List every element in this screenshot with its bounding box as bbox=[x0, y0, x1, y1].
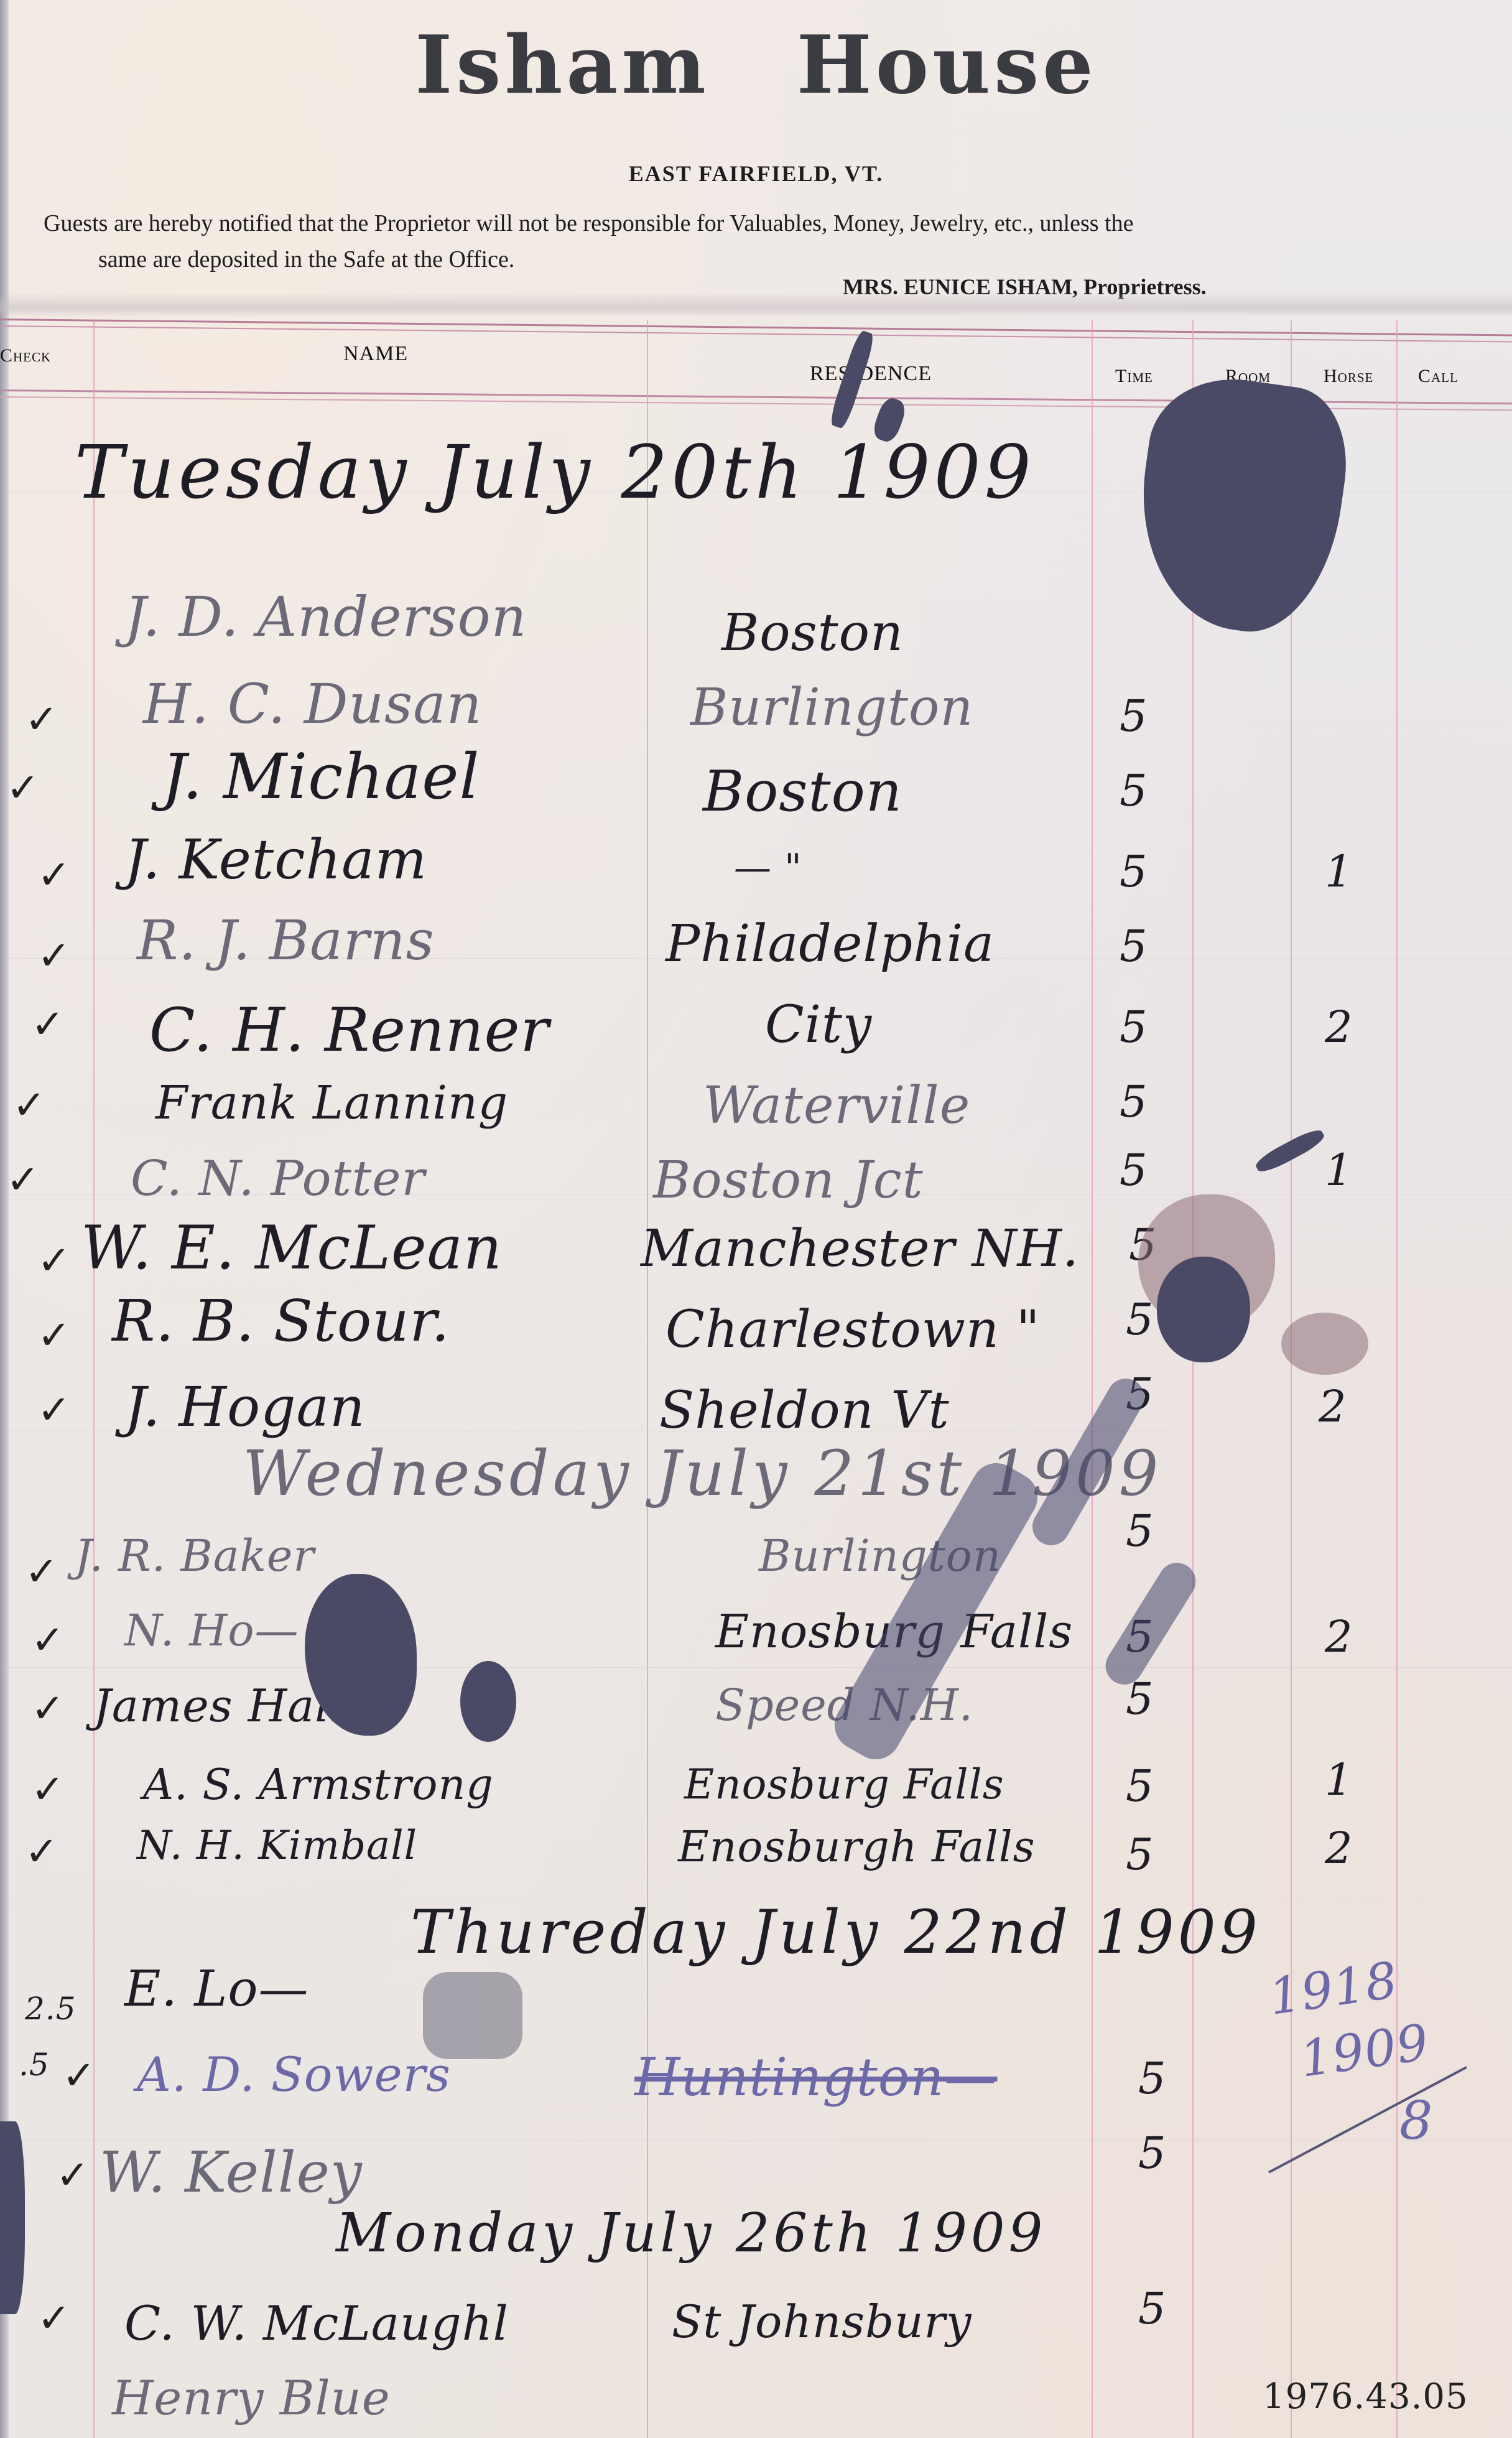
column-divider-name bbox=[647, 320, 648, 2438]
arrival-time: 5 bbox=[1120, 691, 1148, 742]
check-mark: ✓ bbox=[31, 1617, 65, 1663]
guest-residence: Waterville bbox=[703, 1076, 970, 1135]
column-divider-check bbox=[93, 320, 95, 2438]
liability-notice: Guests are hereby notified that the Prop… bbox=[44, 205, 1431, 277]
arrival-time: 5 bbox=[1120, 1145, 1148, 1196]
ink-blot-dark bbox=[460, 1661, 516, 1742]
ink-blot-medium bbox=[1157, 1257, 1250, 1362]
guest-name: Henry Blue bbox=[112, 2370, 391, 2426]
calculation-subtrahend: 1909 bbox=[1297, 2013, 1433, 2088]
guest-name: N. H. Kimball bbox=[137, 1823, 417, 1869]
column-header-time: Time bbox=[1115, 366, 1153, 387]
guest-name: C. N. Potter bbox=[131, 1151, 425, 1207]
arrival-time: 5 bbox=[1138, 2128, 1167, 2179]
arrival-time: 5 bbox=[1120, 1076, 1148, 1127]
arrival-time: 5 bbox=[1120, 765, 1148, 816]
guest-name: H. C. Dusan bbox=[143, 672, 482, 736]
guest-name: E. Lo— bbox=[124, 1960, 309, 2017]
guest-name: J. Hogan bbox=[124, 1375, 366, 1439]
check-mark: ✓ bbox=[31, 1767, 65, 1813]
guest-residence: Sheldon Vt bbox=[659, 1381, 950, 1440]
horse-count: 1 bbox=[1325, 846, 1353, 897]
column-divider-horse bbox=[1396, 320, 1398, 2438]
hotel-location: EAST FAIRFIELD, VT. bbox=[0, 161, 1512, 187]
column-header-residence: RESIDENCE bbox=[810, 362, 932, 386]
guest-name: N. Ho— bbox=[124, 1605, 299, 1656]
check-mark: ✓ bbox=[31, 1686, 65, 1732]
column-header-name: NAME bbox=[343, 342, 408, 366]
guest-residence: Boston bbox=[721, 603, 904, 663]
guest-residence: Charlestown " bbox=[666, 1300, 1041, 1359]
guest-name: J. R. Baker bbox=[75, 1530, 315, 1581]
guest-residence: City bbox=[765, 995, 872, 1054]
horse-count: 1 bbox=[1325, 1754, 1353, 1805]
hotel-name-part1: Isham bbox=[415, 19, 709, 112]
check-mark: ✓ bbox=[62, 2053, 96, 2099]
ink-smear bbox=[1098, 1556, 1202, 1691]
pencil-scribble bbox=[423, 1972, 522, 2059]
arrival-time: 5 bbox=[1138, 2283, 1167, 2334]
hotel-name: IshamHouse bbox=[0, 19, 1512, 112]
column-divider-room bbox=[1291, 320, 1292, 2438]
ink-blot-edge bbox=[0, 2121, 25, 2314]
row-line bbox=[0, 1667, 1512, 1668]
check-mark: ✓ bbox=[12, 1082, 46, 1128]
check-mark: ✓ bbox=[6, 1157, 40, 1203]
torn-edge bbox=[0, 292, 1512, 317]
accession-number: 1976.43.05 bbox=[1263, 2376, 1468, 2417]
guest-residence: Manchester NH. bbox=[641, 1219, 1079, 1278]
date-heading-tuesday: Tuesday July 20th 1909 bbox=[75, 429, 1035, 515]
check-mark: ✓ bbox=[25, 1549, 58, 1595]
check-mark: ✓ bbox=[31, 1002, 65, 1048]
check-mark: ✓ bbox=[6, 765, 40, 811]
register-page: IshamHouse EAST FAIRFIELD, VT. Guests ar… bbox=[0, 0, 1512, 2438]
guest-residence: — " bbox=[734, 846, 802, 890]
check-mark: ✓ bbox=[37, 1313, 71, 1359]
horse-count: 2 bbox=[1319, 1381, 1347, 1432]
guest-name: Frank Lanning bbox=[155, 1076, 508, 1130]
calculation-result: 8 bbox=[1399, 2090, 1433, 2151]
guest-residence: Enosburg Falls bbox=[684, 1761, 1004, 1808]
arrival-time: 5 bbox=[1120, 846, 1148, 897]
check-mark: ✓ bbox=[37, 852, 71, 898]
notice-line-2: same are deposited in the Safe at the Of… bbox=[44, 241, 1431, 277]
check-mark: ✓ bbox=[37, 1238, 71, 1284]
guest-name: C. W. McLaughl bbox=[124, 2296, 509, 2351]
column-header-horse: Horse bbox=[1324, 366, 1373, 387]
guest-residence: Enosburgh Falls bbox=[678, 1823, 1036, 1872]
guest-name: J. Ketcham bbox=[124, 827, 427, 891]
guest-residence: St Johnsbury bbox=[672, 2296, 972, 2348]
check-mark: ✓ bbox=[37, 933, 71, 979]
check-mark: ✓ bbox=[37, 2296, 71, 2342]
guest-residence: Boston bbox=[703, 759, 902, 824]
check-mark: ✓ bbox=[37, 1387, 71, 1433]
check-mark: ✓ bbox=[56, 2152, 90, 2198]
guest-name: J. D. Anderson bbox=[124, 585, 527, 649]
hotel-name-part2: House bbox=[797, 19, 1097, 112]
arrival-time: 5 bbox=[1138, 2053, 1167, 2104]
guest-residence: Burlington bbox=[690, 678, 973, 737]
horse-count: 2 bbox=[1325, 1611, 1353, 1662]
margin-note: .5 bbox=[19, 2047, 50, 2083]
check-mark: ✓ bbox=[25, 697, 58, 743]
date-heading-monday: Monday July 26th 1909 bbox=[336, 2202, 1046, 2264]
guest-name: A. D. Sowers bbox=[137, 2047, 451, 2102]
column-header-check: Check bbox=[0, 345, 51, 366]
arrival-time: 5 bbox=[1120, 1002, 1148, 1053]
guest-name: A. S. Armstrong bbox=[143, 1761, 494, 1810]
guest-name: R. J. Barns bbox=[137, 908, 435, 972]
guest-residence: Philadelphia bbox=[666, 914, 995, 974]
guest-residence: Boston Jct bbox=[653, 1151, 924, 1210]
arrival-time: 5 bbox=[1126, 1829, 1154, 1880]
arrival-time: 5 bbox=[1126, 1505, 1154, 1556]
guest-name: J. Michael bbox=[162, 740, 480, 813]
horse-count: 1 bbox=[1325, 1145, 1353, 1196]
ink-stain bbox=[1281, 1313, 1368, 1375]
arrival-time: 5 bbox=[1126, 1761, 1154, 1812]
column-divider-residence bbox=[1092, 320, 1093, 2438]
ruling-top bbox=[0, 319, 1512, 342]
horse-count: 2 bbox=[1325, 1002, 1353, 1053]
calculation-minuend: 1918 bbox=[1266, 1951, 1402, 2026]
column-header-call: Call bbox=[1418, 366, 1459, 387]
check-mark: ✓ bbox=[25, 1829, 58, 1875]
date-heading-thursday: Thureday July 22nd 1909 bbox=[410, 1897, 1261, 1967]
guest-name: R. B. Stour. bbox=[112, 1288, 450, 1354]
guest-name: C. H. Renner bbox=[149, 995, 549, 1065]
guest-name: James Hall bbox=[93, 1680, 345, 1732]
margin-note: 2.5 bbox=[25, 1991, 77, 2027]
arrival-time: 5 bbox=[1120, 921, 1148, 972]
notice-line-1: Guests are hereby notified that the Prop… bbox=[44, 205, 1431, 241]
guest-name: W. Kelley bbox=[100, 2140, 363, 2205]
column-divider-time bbox=[1192, 320, 1194, 2438]
guest-residence: Huntington— bbox=[634, 2047, 997, 2108]
ink-streak bbox=[1253, 1125, 1327, 1176]
calculation-rule bbox=[1268, 2066, 1467, 2174]
horse-count: 2 bbox=[1325, 1823, 1353, 1874]
guest-name: W. E. McLean bbox=[81, 1213, 503, 1283]
ink-blot-large bbox=[1125, 368, 1357, 643]
